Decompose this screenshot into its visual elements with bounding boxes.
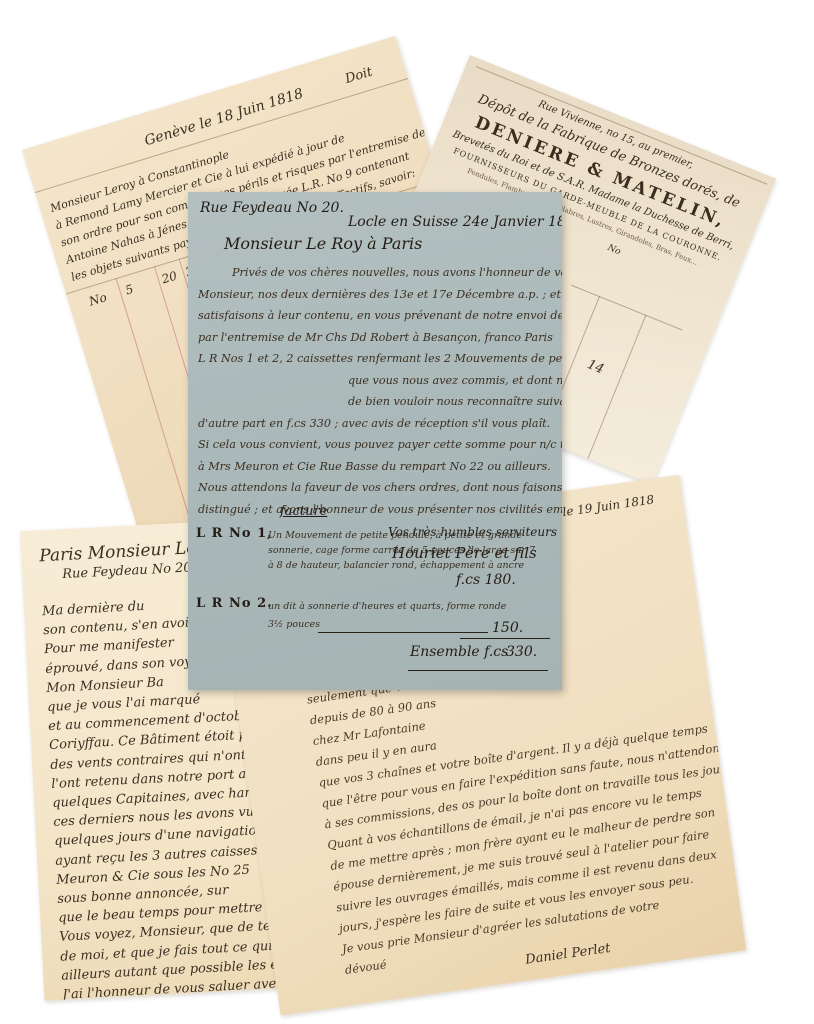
sender-address: Rue Feydeau No 20. bbox=[200, 200, 344, 216]
printed-number-label: No bbox=[606, 243, 622, 257]
place-date: Locle en Suisse 24e Janvier 1819 bbox=[348, 214, 562, 230]
column-rule bbox=[586, 315, 647, 464]
letter-main-sheet: Rue Feydeau No 20. Locle en Suisse 24e J… bbox=[188, 192, 562, 690]
salutation: Monsieur Le Roy à Paris bbox=[224, 234, 422, 253]
item-ref: L R No 1, bbox=[196, 526, 273, 541]
item-ref: L R No 2. bbox=[196, 596, 273, 611]
total-underline bbox=[408, 670, 548, 671]
invoice-title: facture bbox=[280, 504, 327, 519]
total-label: Ensemble f.cs bbox=[410, 644, 508, 660]
ledger-rule bbox=[116, 278, 196, 536]
total-amount: 330. bbox=[506, 644, 537, 660]
item-description: un dit à sonnerie d'heures et quarts, fo… bbox=[268, 598, 518, 634]
debit-label: Doit bbox=[343, 65, 374, 87]
ledger-ref: No bbox=[87, 290, 108, 309]
ledger-value: 5 bbox=[124, 282, 135, 298]
item-amount: f.cs 180. bbox=[456, 572, 516, 588]
item-description: Un Mouvement de petite pendule, à petite… bbox=[268, 528, 538, 573]
printed-amount: 14 bbox=[585, 357, 606, 377]
item-amount: 150. bbox=[492, 620, 523, 636]
ledger-value: 20 bbox=[160, 269, 179, 287]
letter-body: Privés de vos chères nouvelles, nous avo… bbox=[198, 262, 562, 520]
sum-line bbox=[460, 638, 550, 639]
leader-line bbox=[318, 632, 488, 633]
